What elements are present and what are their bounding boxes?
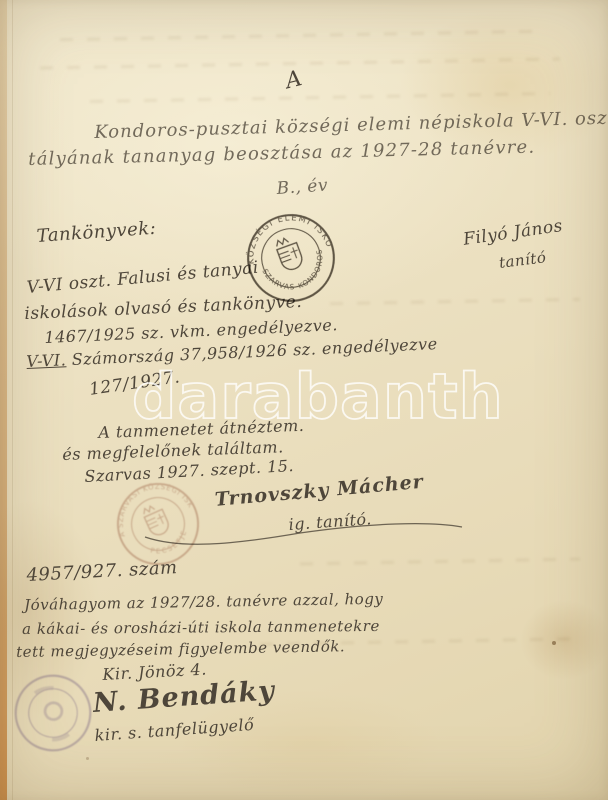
paper-speck	[552, 641, 556, 645]
approval-line-2: a kákai- és orosházi-úti iskola tanmenet…	[22, 617, 380, 638]
darabanth-watermark: darabanth	[130, 352, 500, 447]
page-edge	[0, 0, 7, 800]
ghost-writing	[300, 558, 580, 566]
approval-line-1: Jóváhagyom az 1927/28. tanévre azzal, ho…	[24, 590, 383, 614]
teacher-name: Filyó János	[462, 216, 564, 250]
grade-label: V-VI.	[26, 350, 67, 371]
page-crease	[12, 0, 13, 800]
violet-round-stamp	[3, 663, 102, 762]
svg-text:PECSÉTJE: PECSÉTJE	[145, 526, 194, 561]
ghost-writing	[60, 30, 540, 41]
body-line-1: V-VI oszt. Falusi és tanyai	[26, 258, 260, 298]
ghost-writing	[90, 92, 550, 103]
paper-speck	[86, 757, 89, 760]
inspector-title: kir. s. tanfelügyelő	[94, 715, 255, 745]
stamp-bottom-text: PECSÉTJE	[145, 526, 194, 561]
ghost-writing	[40, 57, 560, 69]
svg-text:SZARVAS-KONDOROS: SZARVAS-KONDOROS	[260, 247, 334, 301]
heading-letter: A	[283, 66, 305, 94]
approval-line-3: tett megjegyzéseim figyelembe veendők.	[16, 637, 345, 661]
section-label: Tankönyvek:	[36, 218, 157, 247]
watermark-text: darabanth	[132, 360, 504, 433]
ghost-writing	[330, 298, 580, 305]
teacher-title: tanító	[498, 248, 547, 272]
document-scan: A Kondoros-pusztai községi elemi népisko…	[0, 0, 608, 800]
stamp-bottom-text: SZARVAS-KONDOROS	[260, 247, 334, 301]
subtitle: B., év	[276, 175, 329, 199]
